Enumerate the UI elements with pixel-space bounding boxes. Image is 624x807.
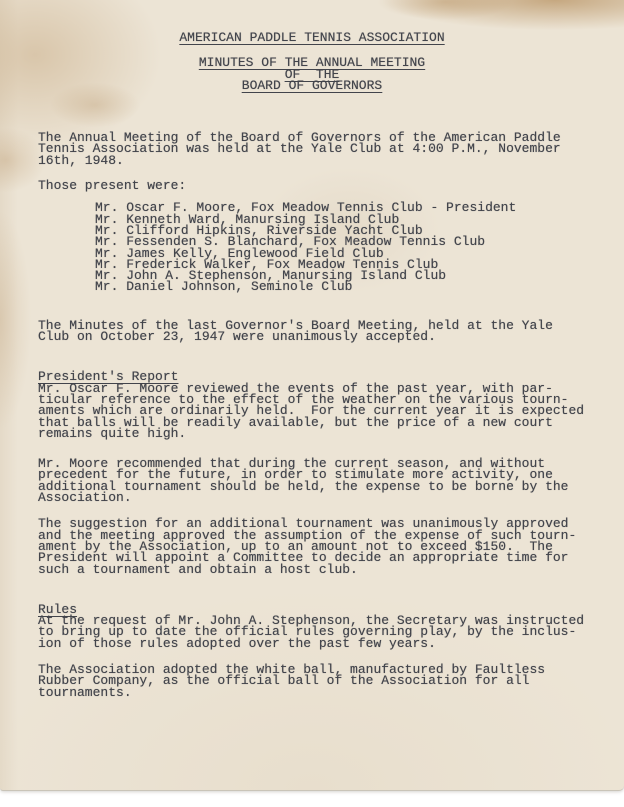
rules-paragraph: The Association adopted the white ball, … — [38, 664, 586, 698]
presidents-report-paragraph: Mr. Moore recommended that during the cu… — [38, 458, 586, 503]
typewritten-content: AMERICAN PADDLE TENNIS ASSOCIATION MINUT… — [0, 0, 624, 790]
those-present-label: Those present were: — [38, 180, 586, 191]
document-title: AMERICAN PADDLE TENNIS ASSOCIATION — [38, 32, 586, 43]
attendee-list: Mr. Oscar F. Moore, Fox Meadow Tennis Cl… — [38, 202, 586, 292]
presidents-report-paragraph: The suggestion for an additional tournam… — [38, 518, 586, 574]
presidents-report-paragraph: Mr. Oscar F. Moore reviewed the events o… — [38, 383, 586, 439]
rules-paragraph: At the request of Mr. John A. Stephenson… — [38, 615, 586, 649]
title-block: AMERICAN PADDLE TENNIS ASSOCIATION MINUT… — [38, 32, 586, 91]
document-page: AMERICAN PADDLE TENNIS ASSOCIATION MINUT… — [0, 0, 624, 791]
document-subtitle-line-3: BOARD OF GOVERNORS — [38, 80, 586, 91]
attendee-row: Mr. Daniel Johnson, Seminole Club — [95, 281, 586, 292]
paragraph-meeting-intro: The Annual Meeting of the Board of Gover… — [38, 132, 586, 166]
paragraph-minutes-accepted: The Minutes of the last Governor's Board… — [38, 320, 586, 343]
